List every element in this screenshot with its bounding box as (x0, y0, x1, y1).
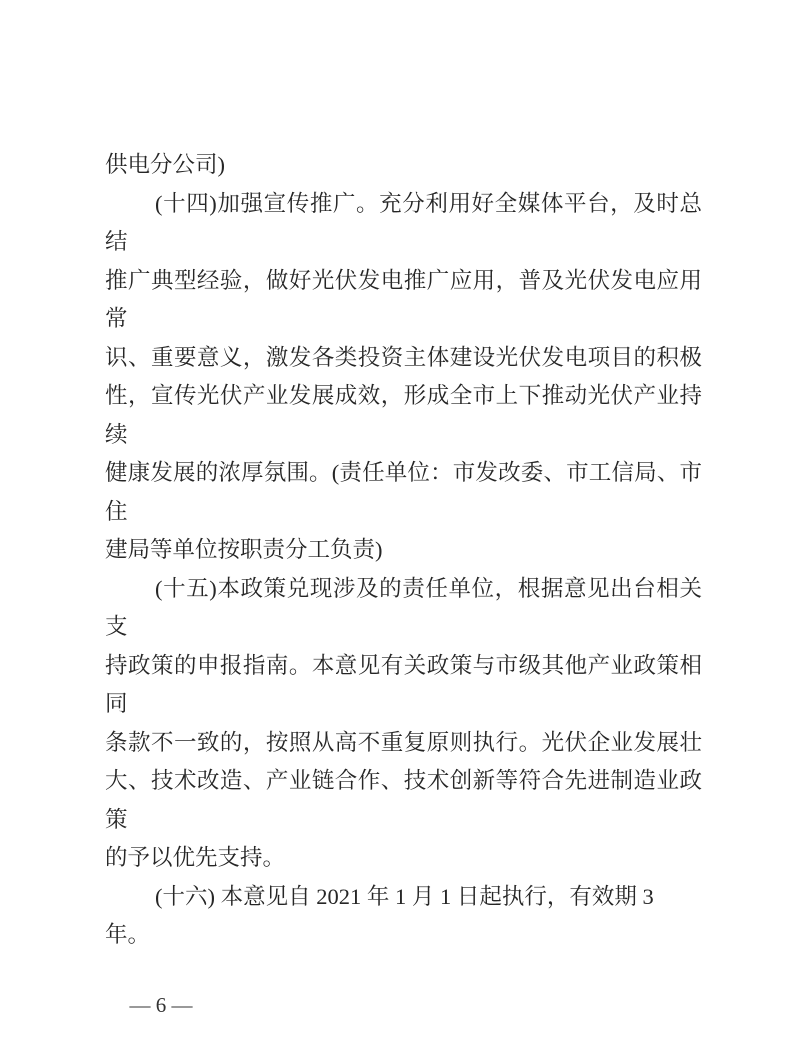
text-line: (十四)加强宣传推广。充分利用好全媒体平台，及时总结 (105, 185, 702, 262)
text-line: 健康发展的浓厚氛围。(责任单位：市发改委、市工信局、市住 (105, 454, 702, 531)
page-number: — 6 — (130, 993, 193, 1017)
text-line: 性，宣传光伏产业发展成效，形成全市上下推动光伏产业持续 (105, 377, 702, 454)
text-line: (十五)本政策兑现涉及的责任单位，根据意见出台相关支 (105, 570, 702, 647)
text-line: 的予以优先支持。 (105, 839, 702, 878)
text-line: 建局等单位按职责分工负责) (105, 531, 702, 570)
text-line: 识、重要意义，激发各类投资主体建设光伏发电项目的积极 (105, 339, 702, 378)
document-body: 供电分公司) (十四)加强宣传推广。充分利用好全媒体平台，及时总结 推广典型经验… (105, 146, 702, 955)
text-line: 大、技术改造、产业链合作、技术创新等符合先进制造业政策 (105, 762, 702, 839)
text-line: 推广典型经验，做好光伏发电推广应用，普及光伏发电应用常 (105, 262, 702, 339)
document-page: 供电分公司) (十四)加强宣传推广。充分利用好全媒体平台，及时总结 推广典型经验… (0, 0, 800, 1051)
text-line: 持政策的申报指南。本意见有关政策与市级其他产业政策相同 (105, 647, 702, 724)
text-line: 条款不一致的，按照从高不重复原则执行。光伏企业发展壮 (105, 724, 702, 763)
page-footer: — 6 — (105, 992, 217, 1018)
text-line: 供电分公司) (105, 146, 702, 185)
text-line: (十六) 本意见自 2021 年 1 月 1 日起执行，有效期 3 年。 (105, 878, 702, 955)
